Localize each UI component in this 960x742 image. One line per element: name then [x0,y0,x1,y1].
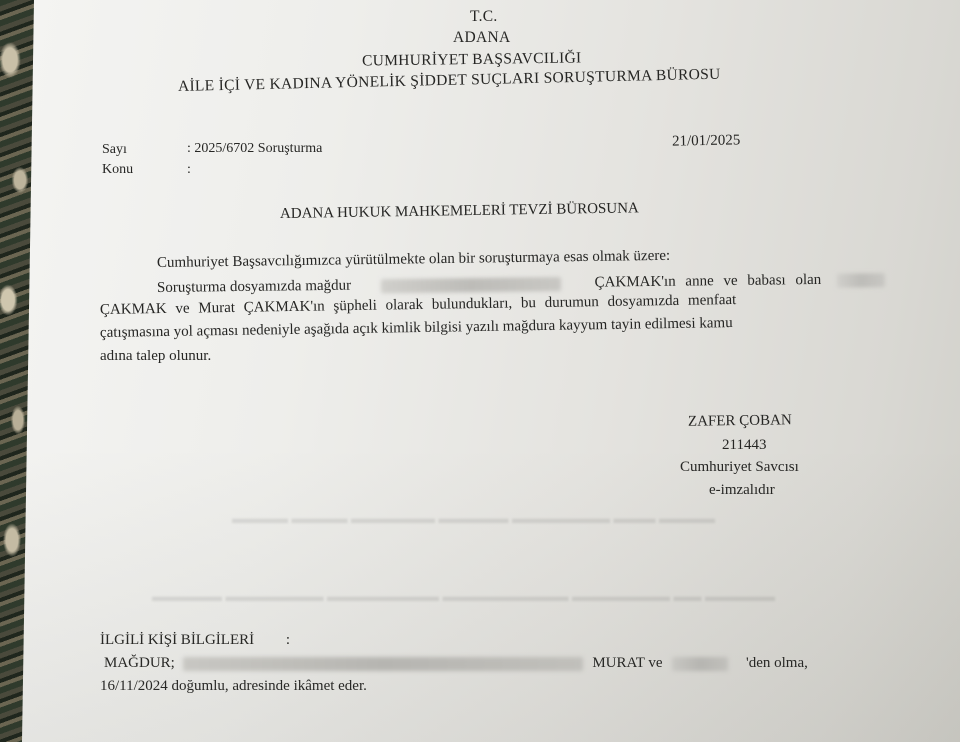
header-country: T.C. [470,8,498,26]
signer-id: 211443 [722,437,766,454]
body-line-1: Cumhuriyet Başsavcılığımızca yürütülmekt… [157,248,670,272]
victim-line: MAĞDUR; MURAT ve 'den olma, [104,655,808,672]
victim-parent: MURAT ve [592,655,662,671]
konu-label: Konu [102,162,133,178]
header-office: CUMHURİYET BAŞSAVCILIĞI [362,49,582,70]
redacted-mother-name [672,657,728,671]
redacted-name [837,273,885,288]
victim-origin: 'den olma, [746,655,808,671]
header-bureau: AİLE İÇİ VE KADINA YÖNELİK ŞİDDET SUÇLAR… [178,66,721,96]
body-line-2-end: ÇAKMAK'ın anne ve babası olan [595,272,822,291]
sayi-value: : 2025/6702 Soruşturma [187,141,322,157]
body-line-2: Soruşturma dosyamızda mağdur ÇAKMAK'ın a… [157,271,885,297]
header-city: ADANA [453,29,510,47]
document-page: ▬▬▬▬ ▬▬▬▬ ▬▬▬▬▬▬ ▬▬▬▬▬ ▬▬▬▬▬▬▬ ▬▬▬ ▬▬▬▬ … [22,0,960,742]
related-heading: İLGİLİ KİŞİ BİLGİLERİ : [100,632,290,649]
sayi-label: Sayı [102,142,127,158]
bleed-through-text: ▬▬▬▬ ▬▬▬▬ ▬▬▬▬▬▬ ▬▬▬▬▬ ▬▬▬▬▬▬▬ ▬▬▬ ▬▬▬▬ [232,512,715,528]
body-line-4: çatışmasına yol açması nedeniyle aşağıda… [100,315,733,342]
body-line-2-start: Soruşturma dosyamızda mağdur [157,278,351,296]
redacted-name [381,277,561,293]
victim-birth-address: 16/11/2024 doğumlu, adresinde ikâmet ede… [100,678,367,695]
redacted-victim-details [183,657,583,671]
signer-name: ZAFER ÇOBAN [688,412,792,430]
body-line-5: adına talep olunur. [100,348,211,365]
e-signature-note: e-imzalıdır [709,482,775,499]
document-date: 21/01/2025 [672,132,741,150]
body-line-3: ÇAKMAK ve Murat ÇAKMAK'ın şüpheli olarak… [100,292,737,319]
konu-value: : [187,162,191,178]
victim-label: MAĞDUR; [104,655,175,671]
recipient: ADANA HUKUK MAHKEMELERİ TEVZİ BÜROSUNA [280,200,639,223]
bleed-through-text: ▬▬▬▬▬ ▬▬▬▬▬▬▬ ▬▬▬▬▬▬▬▬ ▬▬▬▬▬▬▬▬▬ ▬▬▬▬▬▬▬… [152,590,775,606]
signer-title: Cumhuriyet Savcısı [680,459,799,476]
